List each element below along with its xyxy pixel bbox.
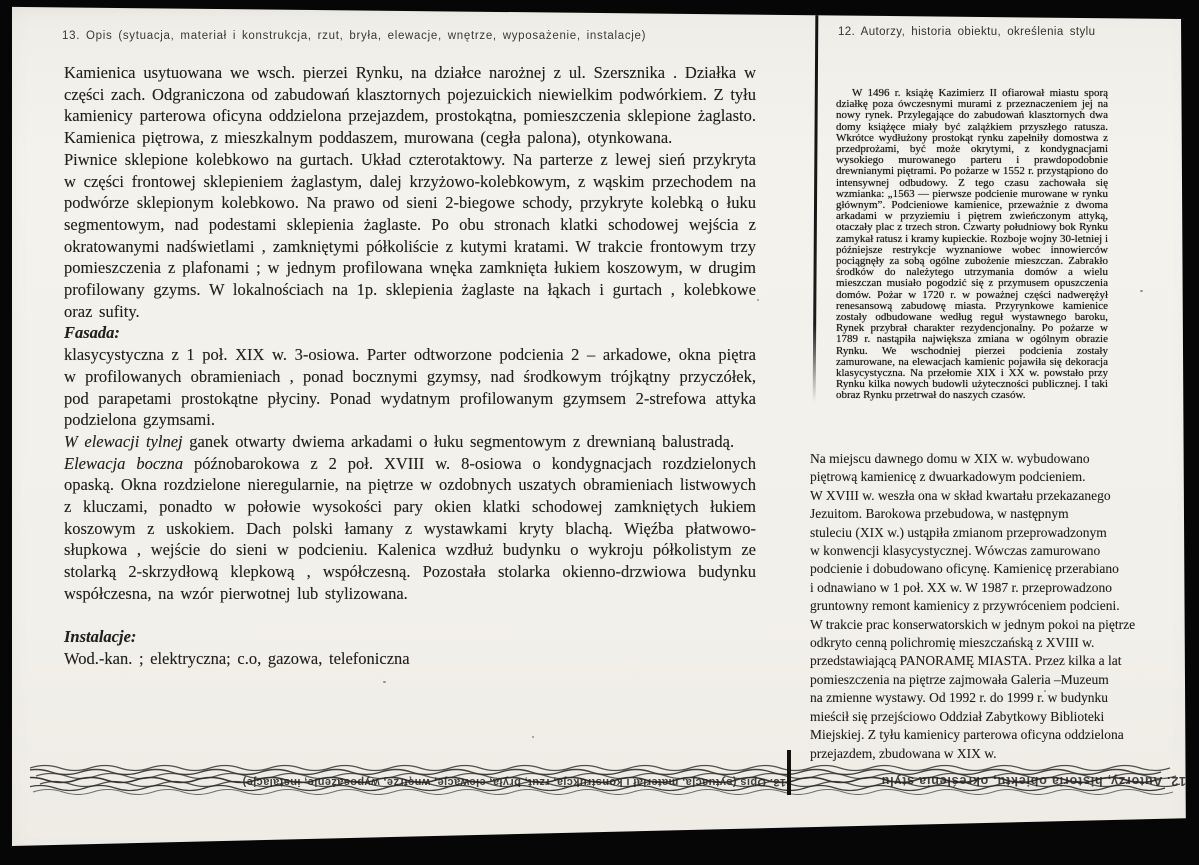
fold-tick-mark (787, 750, 791, 795)
scan-speck (383, 681, 386, 683)
paragraph-instalacje: Wod.-kan. ; elektryczna; c.o, gazowa, te… (64, 648, 756, 670)
left-page-header: 13. Opis (sytuacja, materiał i konstrukc… (62, 30, 762, 42)
typed-history-note: Na miejscu dawnego domu w XIX w. wybudow… (810, 450, 1190, 763)
right-page-header: 12. Autorzy, historia obiektu, określeni… (838, 26, 1168, 38)
paragraph-situation: Kamienica usytuowana we wsch. pierzei Ry… (64, 62, 756, 149)
fasada-heading: Fasada: (64, 322, 756, 344)
left-page-body: Kamienica usytuowana we wsch. pierzei Ry… (64, 62, 756, 670)
bleed-through-text-right: 12. Autorzy, historia obiektu, określeni… (800, 770, 1186, 788)
scan-speck (757, 299, 759, 301)
paragraph-side-elevation: Elewacja boczna późnobarokowa z 2 poł. X… (64, 453, 756, 605)
rear-elevation-lead: W elewacji tylnej (64, 432, 183, 451)
printed-excerpt-column: W 1496 r. książę Kazimierz II ofiarował … (836, 88, 1108, 402)
scan-speck (1044, 690, 1046, 692)
scan-speck (1140, 290, 1143, 292)
instalacje-heading: Instalacje: (64, 626, 756, 648)
blank-line (64, 605, 756, 627)
side-elevation-lead: Elewacja boczna (64, 454, 183, 473)
scan-speck (532, 736, 534, 738)
excerpt-paragraph: W 1496 r. książę Kazimierz II ofiarował … (836, 88, 1108, 402)
paragraph-fasada: klasycystyczna z 1 poł. XIX w. 3-osiowa.… (64, 344, 756, 431)
paragraph-interior: Piwnice sklepione kolebkowo na gurtach. … (64, 149, 756, 323)
rear-elevation-text: ganek otwarty dwiema arkadami o łuku seg… (189, 432, 734, 451)
scanned-page: 13. Opis (sytuacja, materiał i konstrukc… (0, 0, 1199, 865)
paragraph-rear-elevation: W elewacji tylnej ganek otwarty dwiema a… (64, 431, 756, 453)
bleed-through-text-left: 13. Opis (sytuacja, materiał i konstrukc… (160, 770, 786, 788)
bleed-through-band: 13. Opis (sytuacja, materiał i konstrukc… (30, 763, 1188, 795)
page-fold-line (813, 14, 819, 402)
side-elevation-text: późnobarokowa z 2 poł. XVIII w. 8-osiowa… (64, 454, 756, 603)
